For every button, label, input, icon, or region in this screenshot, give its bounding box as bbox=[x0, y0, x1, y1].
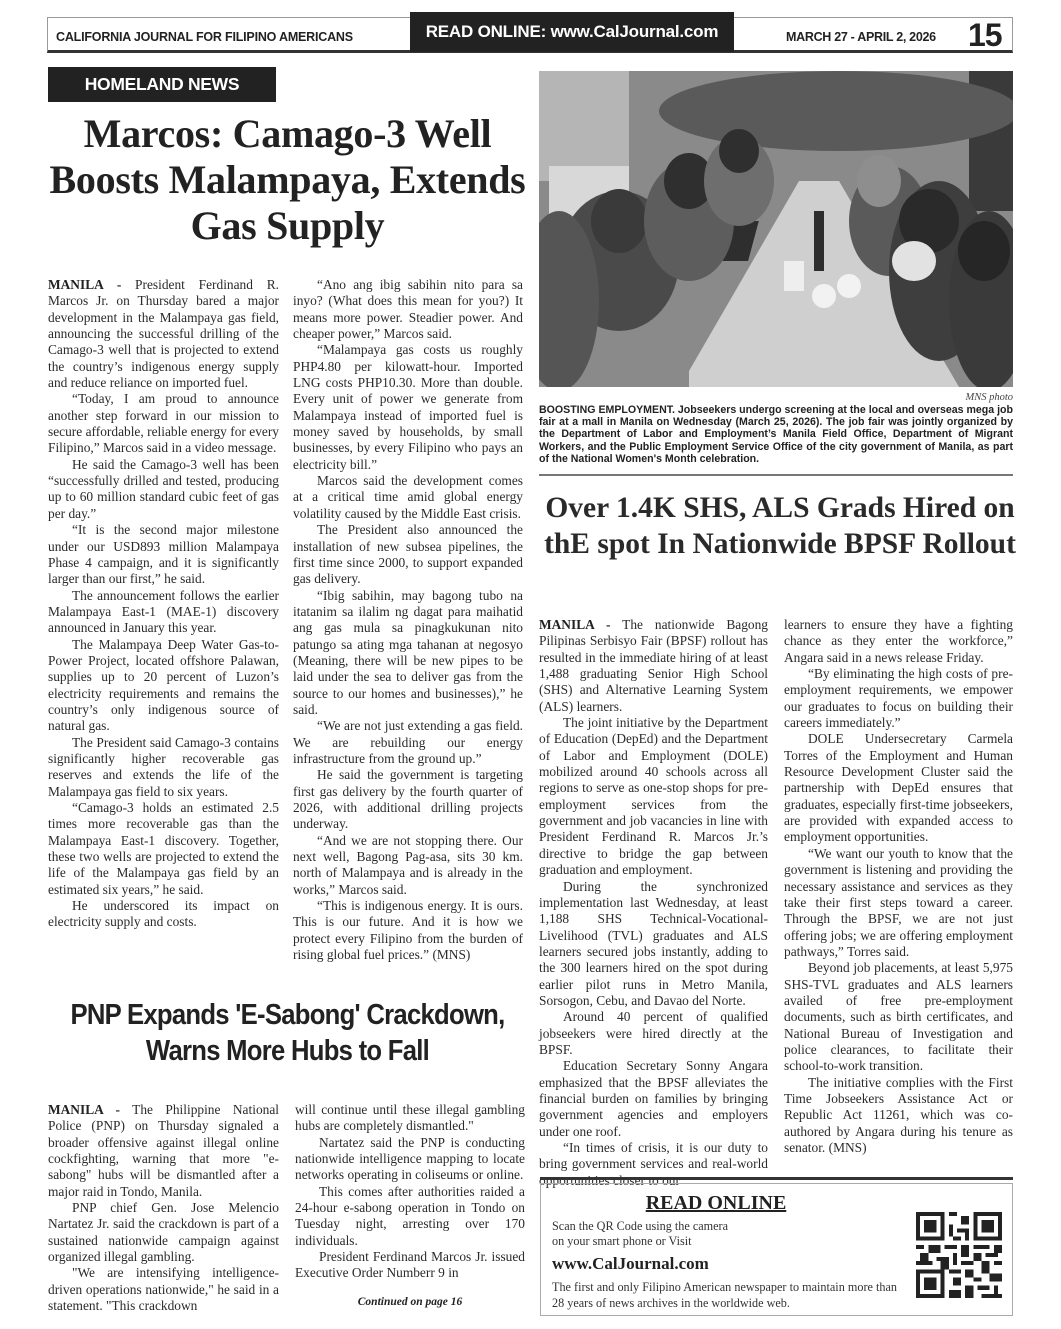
article-paragraph: The President also announced the install… bbox=[293, 522, 523, 587]
article-paragraph: He underscored its impact on electricity… bbox=[48, 898, 279, 931]
read-online-banner[interactable]: READ ONLINE: www.CalJournal.com bbox=[410, 12, 734, 52]
article-paragraph: Around 40 percent of qualified jobseeker… bbox=[539, 1009, 768, 1058]
photo-caption: BOOSTING EMPLOYMENT. Jobseekers undergo … bbox=[539, 404, 1013, 465]
article-paragraph: “Ibig sabihin, may bagong tubo na itatan… bbox=[293, 588, 523, 719]
article-paragraph: Marcos said the development comes at a c… bbox=[293, 473, 523, 522]
article1-column-2: “Ano ang ibig sabihin nito para sa inyo?… bbox=[293, 277, 523, 963]
photo-credit: MNS photo bbox=[900, 392, 1013, 403]
article-paragraph: “In times of crisis, it is our duty to b… bbox=[539, 1140, 768, 1189]
article-paragraph: MANILA - The Philippine National Police … bbox=[48, 1102, 279, 1200]
article-paragraph: "We are intensifying intelligence-driven… bbox=[48, 1265, 279, 1314]
dateline: MANILA - bbox=[48, 277, 121, 292]
article-paragraph: learners to ensure they have a fighting … bbox=[784, 617, 1013, 666]
article-paragraph: “By eliminating the high costs of pre-em… bbox=[784, 666, 1013, 731]
article-paragraph: “This is indigenous energy. It is ours. … bbox=[293, 898, 523, 963]
article-paragraph: PNP chief Gen. Jose Melencio Nartatez Jr… bbox=[48, 1200, 279, 1265]
read-online-title: READ ONLINE bbox=[641, 1192, 791, 1215]
job-fair-photo bbox=[539, 71, 1013, 387]
article-paragraph: “Malampaya gas costs us roughly PHP4.80 … bbox=[293, 342, 523, 473]
website-link[interactable]: www.CalJournal.com bbox=[552, 1254, 709, 1274]
continued-link[interactable]: Continued on page 16 bbox=[285, 1296, 535, 1308]
page-number: 15 bbox=[968, 18, 1002, 52]
article-paragraph: will continue until these illegal gambli… bbox=[295, 1102, 525, 1135]
article3-column-1: MANILA - The Philippine National Police … bbox=[48, 1102, 279, 1314]
masthead: CALIFORNIA JOURNAL FOR FILIPINO AMERICAN… bbox=[47, 17, 1013, 53]
dateline: MANILA - bbox=[48, 1102, 120, 1117]
article-paragraph: “We want our youth to know that the gove… bbox=[784, 846, 1013, 960]
article-paragraph: The announcement follows the earlier Mal… bbox=[48, 588, 279, 637]
article-paragraph: Education Secretary Sonny Angara emphasi… bbox=[539, 1058, 768, 1140]
article-paragraph: “We are not just extending a gas field. … bbox=[293, 718, 523, 767]
photo-illustration-icon bbox=[539, 71, 1013, 387]
section-label: HOMELAND NEWS bbox=[48, 67, 276, 102]
publication-name: CALIFORNIA JOURNAL FOR FILIPINO AMERICAN… bbox=[56, 30, 353, 44]
article-headline-marcos: Marcos: Camago-3 Well Boosts Malampaya, … bbox=[40, 111, 535, 249]
article-paragraph: President Ferdinand Marcos Jr. issued Ex… bbox=[295, 1249, 525, 1282]
article-paragraph: Beyond job placements, at least 5,975 SH… bbox=[784, 960, 1013, 1074]
article2-column-2: learners to ensure they have a fighting … bbox=[784, 617, 1013, 1156]
qr-instruction-line-2: on your smart phone or Visit bbox=[552, 1234, 692, 1249]
read-online-box: READ ONLINE Scan the QR Code using the c… bbox=[540, 1183, 1013, 1316]
article-paragraph: Nartatez said the PNP is conducting nati… bbox=[295, 1135, 525, 1184]
article3-column-2: will continue until these illegal gambli… bbox=[295, 1102, 525, 1282]
article-paragraph: MANILA - The nationwide Bagong Pilipinas… bbox=[539, 617, 768, 715]
article-paragraph: “Today, I am proud to announce another s… bbox=[48, 391, 279, 456]
article-paragraph: “It is the second major milestone under … bbox=[48, 522, 279, 587]
divider bbox=[540, 1177, 1013, 1180]
article-paragraph: DOLE Undersecretary Carmela Torres of th… bbox=[784, 731, 1013, 845]
article-paragraph: He said the Camago-3 well has been “succ… bbox=[48, 457, 279, 522]
article-paragraph: He said the government is targeting firs… bbox=[293, 767, 523, 832]
article1-column-1: MANILA - President Ferdinand R. Marcos J… bbox=[48, 277, 279, 931]
qr-code-icon[interactable] bbox=[916, 1212, 1002, 1298]
article-paragraph: The initiative complies with the First T… bbox=[784, 1075, 1013, 1157]
issue-date: MARCH 27 - APRIL 2, 2026 bbox=[786, 30, 936, 44]
dateline: MANILA - bbox=[539, 617, 610, 632]
article-paragraph: MANILA - President Ferdinand R. Marcos J… bbox=[48, 277, 279, 391]
article-paragraph: The joint initiative by the Department o… bbox=[539, 715, 768, 878]
article-paragraph: The Malampaya Deep Water Gas-to-Power Pr… bbox=[48, 637, 279, 735]
article-paragraph: This comes after authorities raided a 24… bbox=[295, 1184, 525, 1249]
article2-column-1: MANILA - The nationwide Bagong Pilipinas… bbox=[539, 617, 768, 1189]
divider bbox=[539, 474, 1013, 476]
qr-instruction-line-1: Scan the QR Code using the camera bbox=[552, 1219, 728, 1234]
archive-description: The first and only Filipino American new… bbox=[552, 1280, 897, 1311]
article-paragraph: “Camago-3 holds an estimated 2.5 times m… bbox=[48, 800, 279, 898]
article-paragraph: The President said Camago-3 contains sig… bbox=[48, 735, 279, 800]
article-headline-pnp: PNP Expands 'E-Sabong' Crackdown, Warns … bbox=[65, 997, 511, 1069]
article-headline-bpsf: Over 1.4K SHS, ALS Grads Hired on thE sp… bbox=[535, 490, 1025, 562]
article-paragraph: “Ano ang ibig sabihin nito para sa inyo?… bbox=[293, 277, 523, 342]
article-paragraph: During the synchronized implementation l… bbox=[539, 879, 768, 1010]
article-paragraph: “And we are not stopping there. Our next… bbox=[293, 833, 523, 898]
